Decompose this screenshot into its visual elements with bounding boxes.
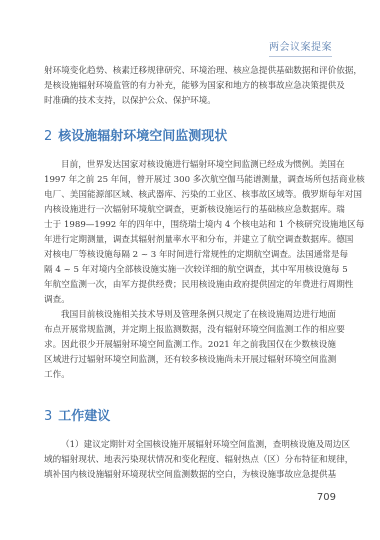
text-line: 1997 年之前 25 年间，曾开展过 300 多次航空伽马能谱测量，调查场所包… [44,173,336,188]
page-body: 射环境变化趋势、核素迁移规律研究、环境治理、核应急提供基础数据和评价依据， 是核… [44,64,336,483]
section2-paragraph-1: 目前，世界发达国家对核设施进行辐射环境空间监测已经成为惯例。美国在 1997 年… [44,158,336,308]
running-header: 两会议案提案 [269,38,332,57]
text-line: 对核电厂等核设施每隔 2 ~ 3 年时间进行常规性的定期航空调查。法国通常是每 [44,248,336,263]
text-line: 填补国内核设施辐射环境现状空间监测数据的空白，为核设施事故应急提供基 [44,468,336,483]
text-line: 士于 1989—1992 年的四年中，围绕瑞士境内 4 个核电站和 1 个核研究… [44,218,336,233]
section3-paragraph-1: （1）建议定期针对全国核设施开展辐射环境空间监测，查明核设施及周边区 域的辐射现… [44,438,336,483]
text-line: 区域进行过辐射环境空间监测，还有较多核设施尚未开展过辐射环境空间监测 [44,353,336,368]
section-number: 2 [44,129,52,144]
text-line: 电厂、美国能源部区域、核武器库、污染的工业区、核事故区域等。俄罗斯每年对国 [44,188,336,203]
text-line: 时准确的技术支持，以保护公众、保护环境。 [44,94,336,109]
intro-paragraph: 射环境变化趋势、核素迁移规律研究、环境治理、核应急提供基础数据和评价依据， 是核… [44,64,336,109]
section-title: 核设施辐射环境空间监测现状 [58,125,227,144]
section-number: 3 [44,409,52,424]
text-line: 年航空监测一次，由军方提供经费；民用核设施由政府提供固定的年费进行周期性 [44,278,336,293]
text-line: 射环境变化趋势、核素迁移规律研究、环境治理、核应急提供基础数据和评价依据， [44,64,336,79]
text-line: 工作。 [44,368,336,383]
section-heading-2: 2 核设施辐射环境空间监测现状 [44,125,336,144]
text-line: 我国目前核设施相关技术导则及管理条例只规定了在核设施周边进行地面 [44,308,336,323]
text-line: 域的辐射现状、地表污染现状情况和变化程度、辐射热点（区）分布特征和规律， [44,453,336,468]
text-line: 布点开展常规监测，并定期上报监测数据，没有辐射环境空间监测工作的相应要 [44,323,336,338]
text-line: 是核设施辐射环境监管的有力补充，能够为国家和地方的核事故应急决策提供及 [44,79,336,94]
text-line: （1）建议定期针对全国核设施开展辐射环境空间监测，查明核设施及周边区 [44,438,336,453]
text-line: 隔 4 ~ 5 年对境内全部核设施实施一次较详细的航空调查，其中军用核设施每 5 [44,263,336,278]
section-title: 工作建议 [58,405,110,424]
text-line: 内核设施进行一次辐射环境航空调查，更新核设施运行的基础核应急数据库。瑞 [44,203,336,218]
page-number: 709 [317,492,336,503]
text-line: 调查。 [44,293,336,308]
text-line: 求。因此很少开展辐射环境空间监测工作。2021 年之前我国仅在少数核设施 [44,338,336,353]
text-line: 年进行定期测量，调查其辐射剂量率水平和分布，并建立了航空调查数据库。德国 [44,233,336,248]
text-line: 目前，世界发达国家对核设施进行辐射环境空间监测已经成为惯例。美国在 [44,158,336,173]
section-heading-3: 3 工作建议 [44,405,336,424]
section2-paragraph-2: 我国目前核设施相关技术导则及管理条例只规定了在核设施周边进行地面 布点开展常规监… [44,308,336,383]
